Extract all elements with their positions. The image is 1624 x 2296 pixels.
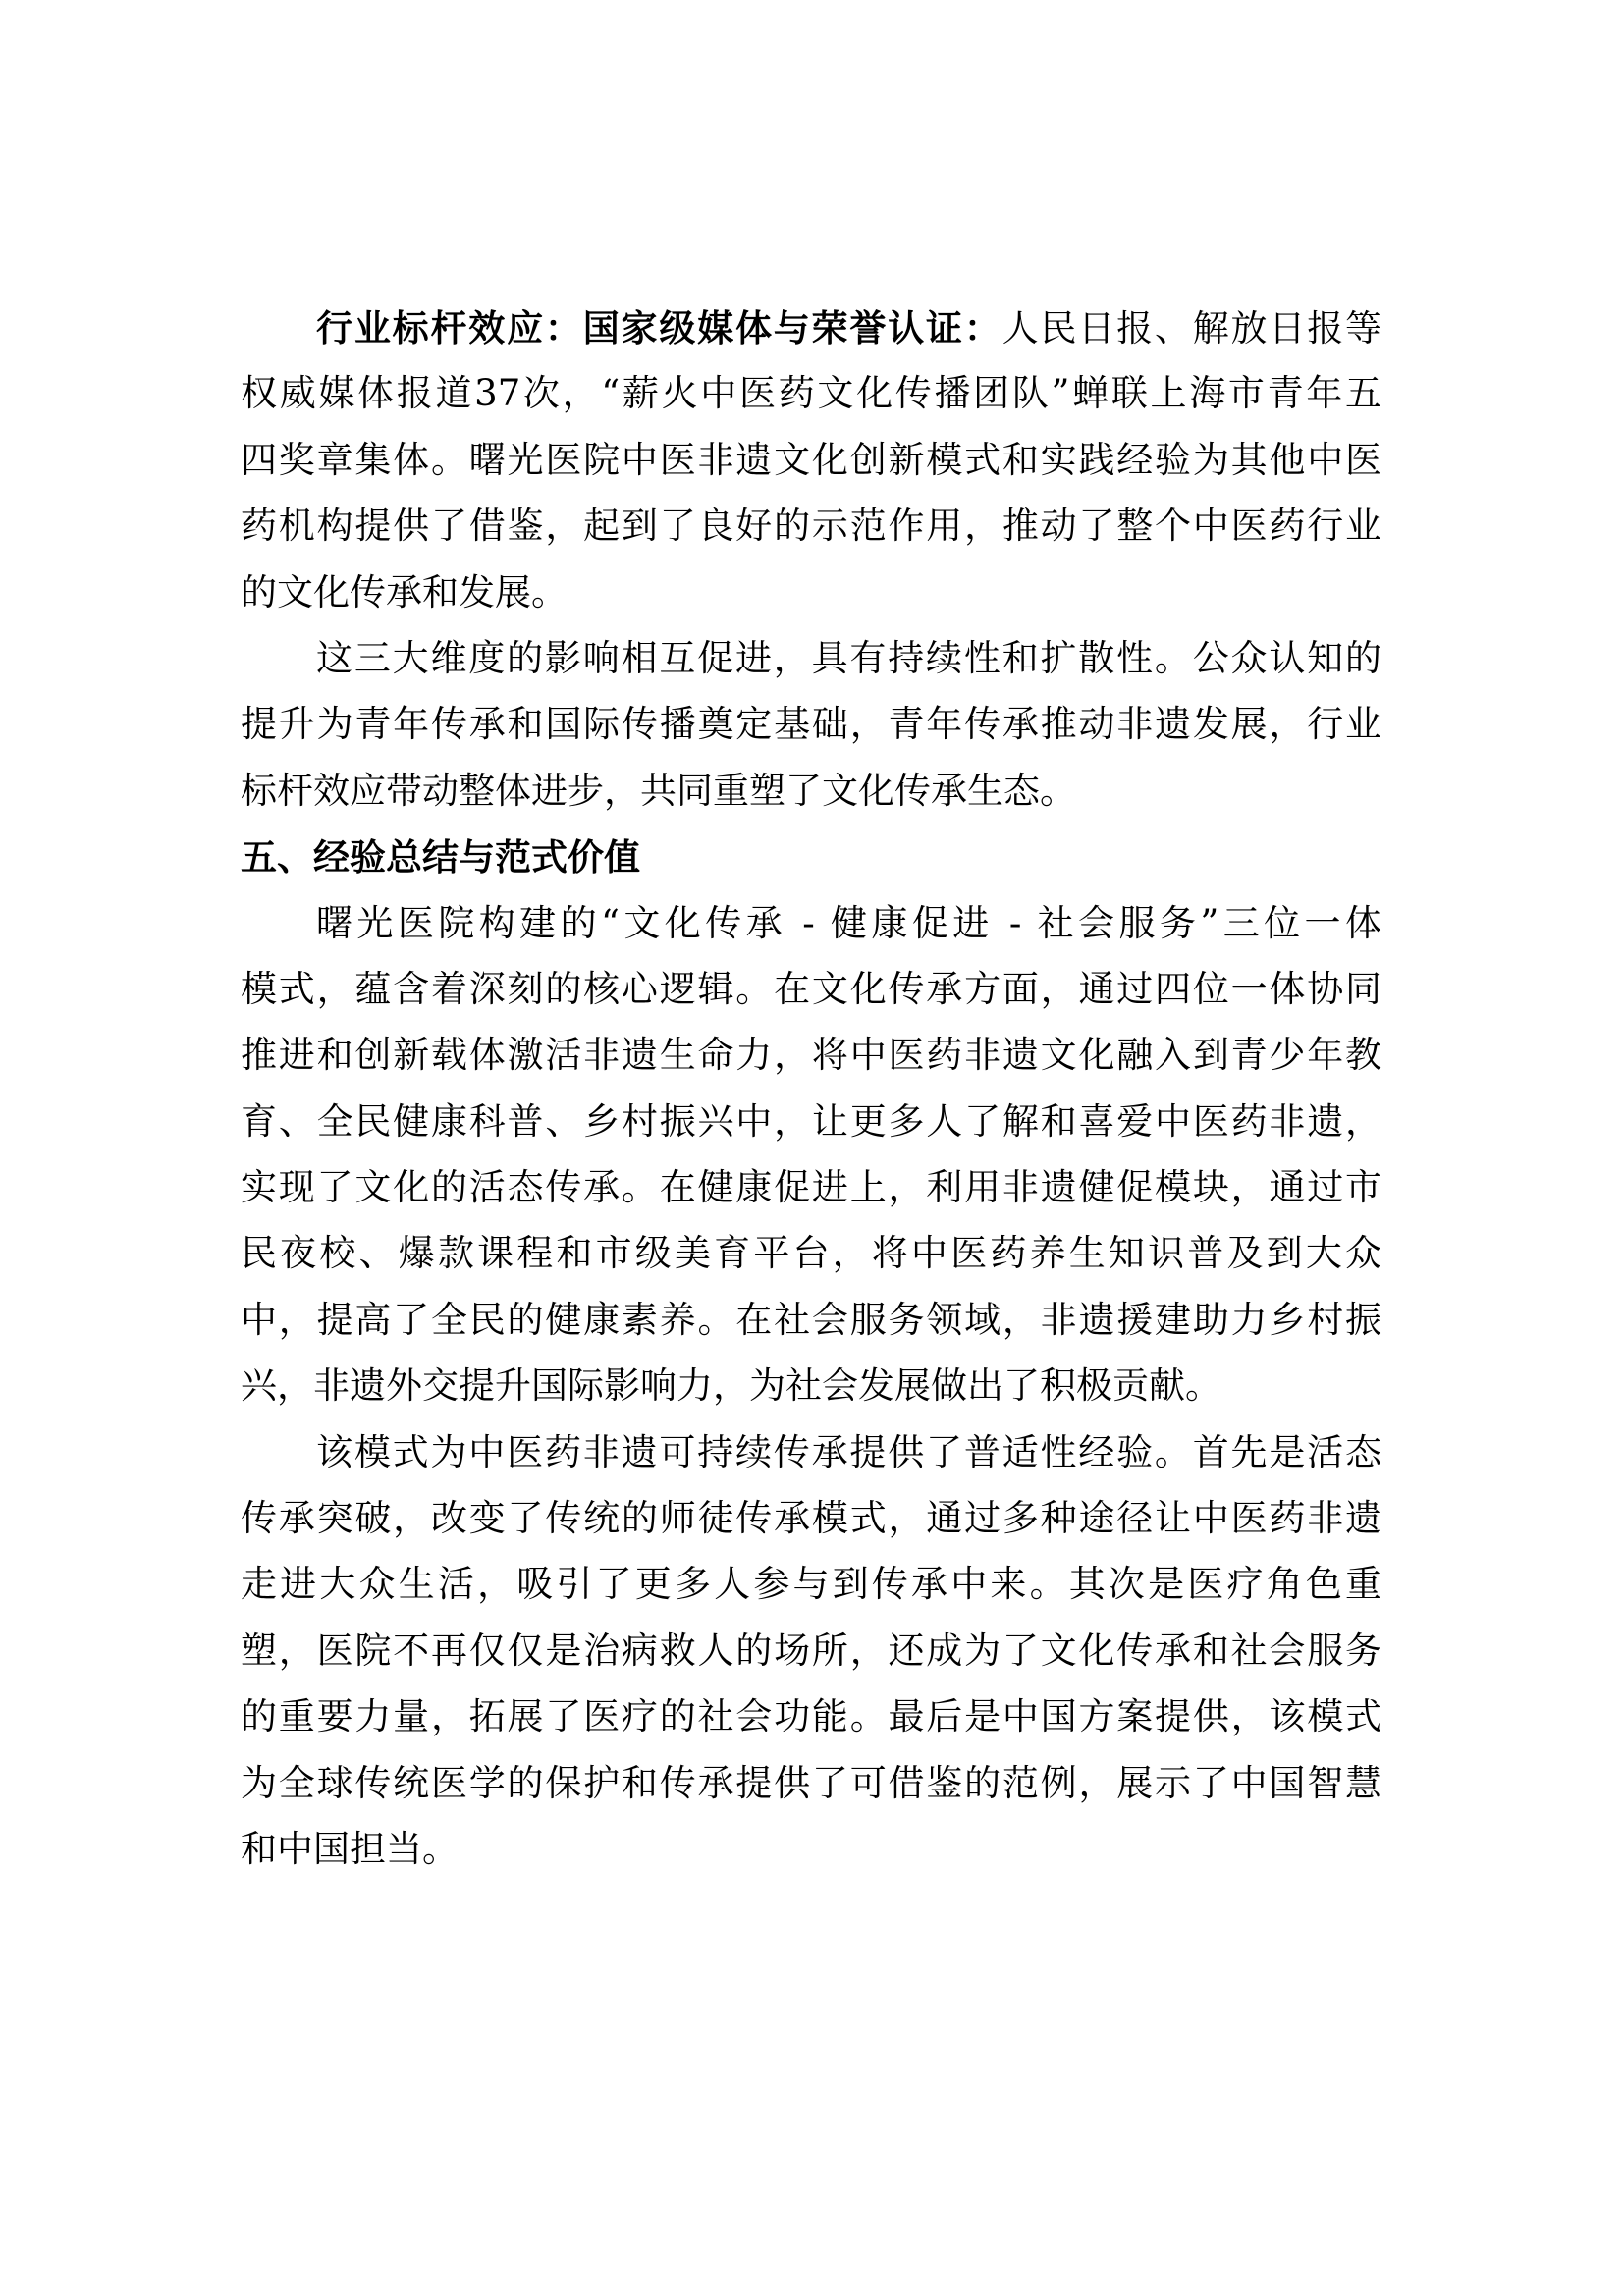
paragraph-line: 该模式为中医药非遗可持续传承提供了普适性经验。首先是活态 bbox=[241, 1427, 1381, 1493]
paragraph-line-text: 人民日报、解放日报等 bbox=[1002, 307, 1381, 349]
paragraph-line: 的文化传承和发展。 bbox=[241, 567, 1381, 633]
paragraph-line: 中，提高了全民的健康素养。在社会服务领域，非遗援建助力乡村振 bbox=[241, 1295, 1381, 1361]
paragraph-line: 和中国担当。 bbox=[241, 1824, 1381, 1890]
paragraph-line: 推进和创新载体激活非遗生命力，将中医药非遗文化融入到青少年教 bbox=[241, 1030, 1381, 1095]
paragraph-line: 塑，医院不再仅仅是治病救人的场所，还成为了文化传承和社会服务 bbox=[241, 1626, 1381, 1691]
paragraph-line: 曙光医院构建的“文化传承 - 健康促进 - 社会服务”三位一体 bbox=[241, 898, 1381, 964]
paragraph-universal-experience: 该模式为中医药非遗可持续传承提供了普适性经验。首先是活态 传承突破，改变了传统的… bbox=[241, 1427, 1381, 1891]
paragraph-line: 药机构提供了借鉴，起到了良好的示范作用，推动了整个中医药行业 bbox=[241, 501, 1381, 566]
paragraph-trinity-model: 曙光医院构建的“文化传承 - 健康促进 - 社会服务”三位一体 模式，蕴含着深刻… bbox=[241, 898, 1381, 1427]
paragraph-line: 兴，非遗外交提升国际影响力，为社会发展做出了积极贡献。 bbox=[241, 1361, 1381, 1426]
paragraph-line: 行业标杆效应：国家级媒体与荣誉认证：人民日报、解放日报等 bbox=[241, 302, 1381, 368]
paragraph-line: 实现了文化的活态传承。在健康促进上，利用非遗健促模块，通过市 bbox=[241, 1162, 1381, 1228]
paragraph-line: 四奖章集体。曙光医院中医非遗文化创新模式和实践经验为其他中医 bbox=[241, 435, 1381, 501]
paragraph-line: 模式，蕴含着深刻的核心逻辑。在文化传承方面，通过四位一体协同 bbox=[241, 964, 1381, 1030]
paragraph-lead-bold: 行业标杆效应：国家级媒体与荣誉认证： bbox=[316, 306, 1002, 349]
paragraph-line: 提升为青年传承和国际传播奠定基础，青年传承推动非遗发展，行业 bbox=[241, 699, 1381, 765]
paragraph-line: 的重要力量，拓展了医疗的社会功能。最后是中国方案提供，该模式 bbox=[241, 1691, 1381, 1757]
paragraph-three-dimensions: 这三大维度的影响相互促进，具有持续性和扩散性。公众认知的 提升为青年传承和国际传… bbox=[241, 633, 1381, 831]
paragraph-line: 走进大众生活，吸引了更多人参与到传承中来。其次是医疗角色重 bbox=[241, 1559, 1381, 1625]
paragraph-line: 权威媒体报道37次，“薪火中医药文化传播团队”蝉联上海市青年五 bbox=[241, 368, 1381, 434]
paragraph-line: 为全球传统医学的保护和传承提供了可借鉴的范例，展示了中国智慧 bbox=[241, 1758, 1381, 1824]
paragraph-line: 这三大维度的影响相互促进，具有持续性和扩散性。公众认知的 bbox=[241, 633, 1381, 699]
section-heading: 五、经验总结与范式价值 bbox=[241, 831, 1381, 897]
paragraph-line: 传承突破，改变了传统的师徒传承模式，通过多种途径让中医药非遗 bbox=[241, 1493, 1381, 1559]
paragraph-line: 标杆效应带动整体进步，共同重塑了文化传承生态。 bbox=[241, 766, 1381, 831]
paragraph-line: 民夜校、爆款课程和市级美育平台，将中医药养生知识普及到大众 bbox=[241, 1228, 1381, 1294]
paragraph-line: 育、全民健康科普、乡村振兴中，让更多人了解和喜爱中医药非遗， bbox=[241, 1096, 1381, 1162]
paragraph-industry-benchmark: 行业标杆效应：国家级媒体与荣誉认证：人民日报、解放日报等 权威媒体报道37次，“… bbox=[241, 302, 1381, 633]
document-page: 行业标杆效应：国家级媒体与荣誉认证：人民日报、解放日报等 权威媒体报道37次，“… bbox=[241, 302, 1381, 1890]
